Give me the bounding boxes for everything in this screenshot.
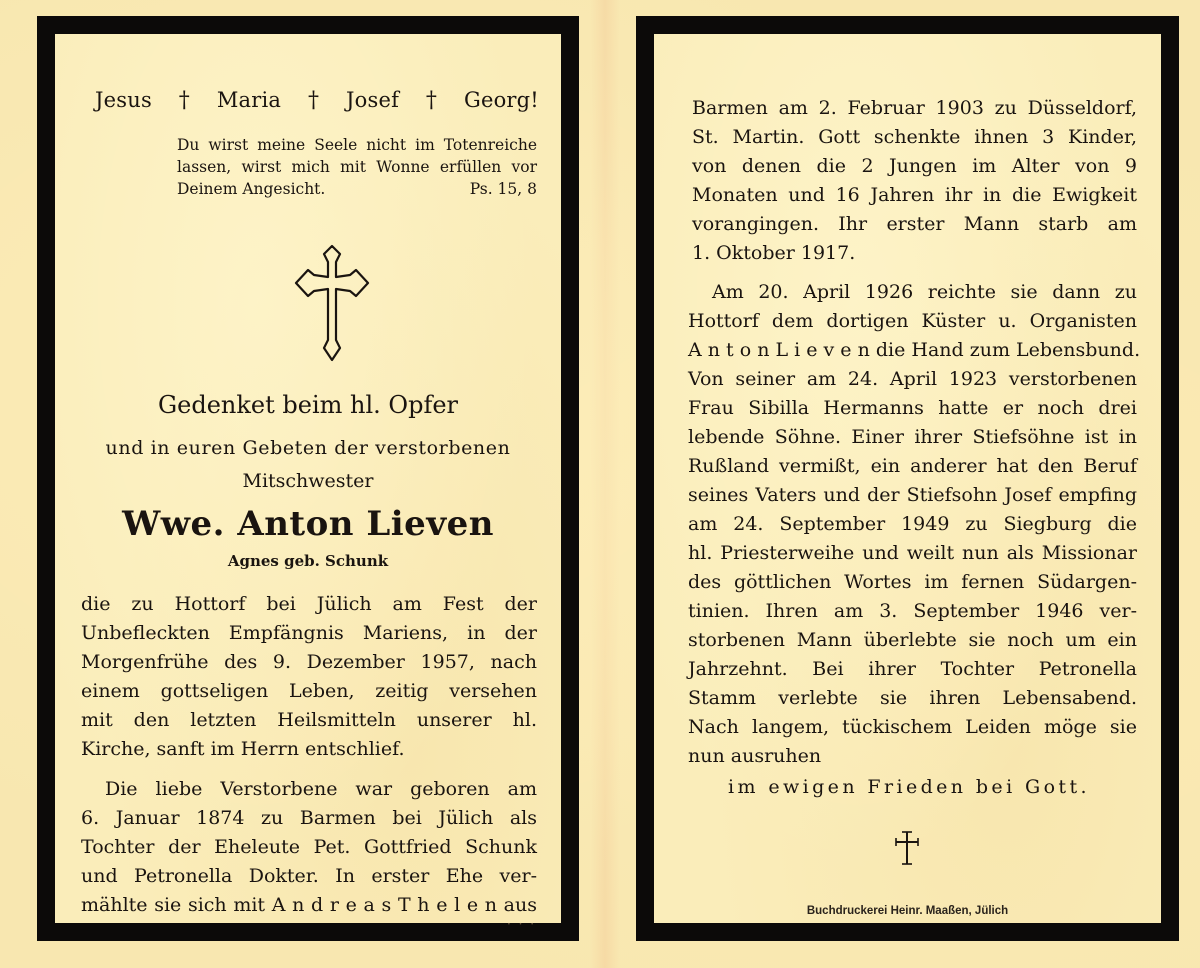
marriage-paragraph: Barmen am 2. Februar 1903 zu Düsseldorf,… bbox=[692, 94, 1137, 268]
text-line: Von seiner am 24. April 1923 verstorbene… bbox=[688, 365, 1137, 394]
memorial-card-front: Jesus † Maria † Josef † Georg! Du wirst … bbox=[37, 16, 579, 941]
dagger-icon: † bbox=[308, 88, 319, 113]
text-line: Morgenfrühe des 9. Dezember 1957, nach bbox=[81, 648, 537, 677]
psalm-line: Du wirst meine Seele nicht im Totenreich… bbox=[177, 134, 537, 156]
text-line: vorangingen. Ihr erster Mann starb am bbox=[692, 210, 1137, 239]
biography-paragraph: Die liebe Verstorbene war geboren am 6. … bbox=[81, 775, 537, 920]
text-line: Nach langem, tückischem Leiden möge sie bbox=[688, 713, 1137, 742]
invocation-name: Josef bbox=[346, 88, 399, 112]
text-line: Am 20. April 1926 reichte sie dann zu bbox=[688, 278, 1137, 307]
text-line: storbenen Mann überlebte sie noch um ein bbox=[688, 626, 1137, 655]
continuation-mark: · · · bbox=[507, 917, 536, 931]
text-line: Monaten und 16 Jahren ihr in die Ewigkei… bbox=[692, 181, 1137, 210]
text-line: am 24. September 1949 zu Siegburg die bbox=[688, 510, 1137, 539]
text-line: Barmen am 2. Februar 1903 zu Düsseldorf, bbox=[692, 94, 1137, 123]
invocation-line: Jesus † Maria † Josef † Georg! bbox=[95, 88, 539, 113]
text-line: seines Vaters und der Stiefsohn Josef em… bbox=[688, 481, 1137, 510]
text-line: 1. Oktober 1917. bbox=[692, 239, 1137, 268]
psalm-quote: Du wirst meine Seele nicht im Totenreich… bbox=[177, 134, 537, 200]
prayer-line: und in euren Gebeten der verstorbenen bbox=[55, 437, 561, 459]
death-paragraph: die zu Hottorf bei Jülich am Fest der Un… bbox=[81, 590, 537, 764]
text-line: A n t o n L i e v e n die Hand zum Leben… bbox=[688, 336, 1137, 365]
printer-imprint: Buchdruckerei Heinr. Maaßen, Jülich bbox=[654, 905, 1161, 917]
text-line: Unbefleckten Empfängnis Mariens, in der bbox=[81, 619, 537, 648]
dagger-icon: † bbox=[426, 88, 437, 113]
invocation-name: Jesus bbox=[95, 88, 152, 112]
latin-cross-icon bbox=[894, 830, 920, 866]
text-line: Die liebe Verstorbene war geboren am bbox=[81, 775, 537, 804]
text-line: nun ausruhen bbox=[688, 742, 1137, 771]
commemorate-heading: Gedenket beim hl. Opfer bbox=[55, 391, 561, 419]
text-line: Stamm verlebte sie ihren Lebensabend. bbox=[688, 684, 1137, 713]
invocation-name: Maria bbox=[217, 88, 281, 112]
text-line: des göttlichen Wortes im fernen Südargen… bbox=[688, 568, 1137, 597]
deceased-name: Wwe. Anton Lieven bbox=[55, 504, 561, 544]
text-line: mählte sie sich mit A n d r e a s T h e … bbox=[81, 891, 537, 920]
text-line: einem gottseligen Leben, zeitig versehen bbox=[81, 677, 537, 706]
invocation-name: Georg! bbox=[464, 88, 539, 112]
dagger-icon: † bbox=[179, 88, 190, 113]
text-line: mit den letzten Heilsmitteln unserer hl. bbox=[81, 706, 537, 735]
text-line: Rußland vermißt, ein anderer hat den Ber… bbox=[688, 452, 1137, 481]
psalm-line: Deinem Angesicht. bbox=[177, 178, 325, 200]
text-line: und Petronella Dokter. In erster Ehe ver… bbox=[81, 862, 537, 891]
psalm-line: lassen, wirst mich mit Wonne erfüllen vo… bbox=[177, 156, 537, 178]
maiden-name: Agnes geb. Schunk bbox=[55, 552, 561, 570]
psalm-last-line: Deinem Angesicht. Ps. 15, 8 bbox=[177, 178, 537, 200]
text-line: von denen die 2 Jungen im Alter von 9 bbox=[692, 152, 1137, 181]
text-line: St. Martin. Gott schenkte ihnen 3 Kinder… bbox=[692, 123, 1137, 152]
text-line: Hottorf dem dortigen Küster u. Organiste… bbox=[688, 307, 1137, 336]
text-line: hl. Priesterweihe und weilt nun als Miss… bbox=[688, 539, 1137, 568]
sister-title: Mitschwester bbox=[55, 470, 561, 492]
text-line: die zu Hottorf bei Jülich am Fest der bbox=[81, 590, 537, 619]
text-line: tinien. Ihren am 3. September 1946 ver- bbox=[688, 597, 1137, 626]
budded-cross-icon bbox=[292, 244, 372, 362]
text-line: 6. Januar 1874 zu Barmen bei Jülich als bbox=[81, 804, 537, 833]
text-line: Frau Sibilla Hermanns hatte er noch drei bbox=[688, 394, 1137, 423]
text-line: Kirche, sanft im Herrn entschlief. bbox=[81, 735, 537, 764]
text-line: Jahrzehnt. Bei ihrer Tochter Petronella bbox=[688, 655, 1137, 684]
psalm-reference: Ps. 15, 8 bbox=[470, 178, 537, 200]
text-line: Tochter der Eheleute Pet. Gottfried Schu… bbox=[81, 833, 537, 862]
second-marriage-paragraph: Am 20. April 1926 reichte sie dann zu Ho… bbox=[688, 278, 1137, 771]
closing-line: im ewigen Frieden bei Gott. bbox=[728, 776, 1137, 798]
text-line: lebende Söhne. Einer ihrer Stiefsöhne is… bbox=[688, 423, 1137, 452]
memorial-card-back: Barmen am 2. Februar 1903 zu Düsseldorf,… bbox=[636, 16, 1179, 941]
